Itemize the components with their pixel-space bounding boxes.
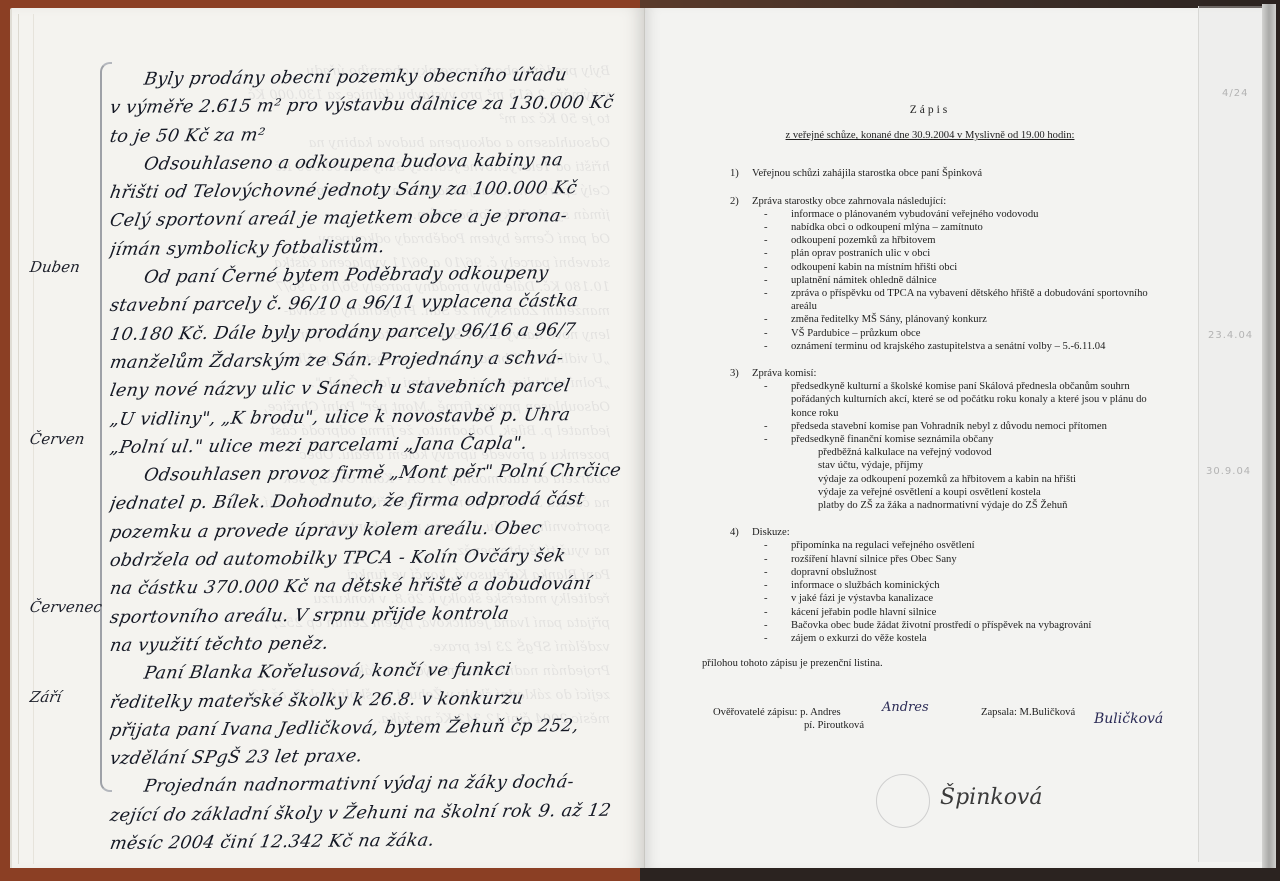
bullet-list: -informace o plánovaném vybudování veřej… xyxy=(762,208,1160,353)
dash-marker: - xyxy=(762,208,791,221)
bullet-text: zpráva o příspěvku od TPCA na vybavení d… xyxy=(791,287,1160,313)
dash-marker: - xyxy=(762,553,791,566)
section-heading: 1)Veřejnou schůzi zahájila starostka obc… xyxy=(732,167,1160,180)
recorder-name: M.Buličková xyxy=(1020,707,1076,718)
dash-marker: - xyxy=(762,592,791,605)
finance-subitem: platby do ZŠ za žáka a nadnormativní výd… xyxy=(818,499,1160,512)
dash-marker: - xyxy=(762,327,791,340)
minutes-document: Zápis z veřejné schůze, konané dne 30.9.… xyxy=(700,104,1160,670)
dash-marker: - xyxy=(762,420,791,433)
verifier-1: p. Andres xyxy=(800,707,841,718)
recorder: Zapsala: M.Buličková xyxy=(981,706,1075,719)
bullet-item: -v jaké fázi je výstavba kanalizace xyxy=(762,592,1160,605)
margin-note-month: Duben xyxy=(29,258,102,276)
section-heading-text: Zpráva starostky obce zahrnovala následu… xyxy=(752,195,946,208)
bullet-item: -odkoupení pozemků za hřbitovem xyxy=(762,234,1160,247)
dash-marker: - xyxy=(762,313,791,326)
bullet-item: -dopravní obslužnost xyxy=(762,566,1160,579)
document-subtitle: z veřejné schůze, konané dne 30.9.2004 v… xyxy=(700,129,1160,142)
bullet-text: zájem o exkurzi do věže kostela xyxy=(791,632,1160,645)
section-number: 1) xyxy=(730,167,752,180)
bullet-text: kácení jeřabin podle hlavní silnice xyxy=(791,606,1160,619)
bullet-text: předsedkyně finanční komise seznámila ob… xyxy=(791,433,1160,446)
finance-subitem: stav účtu, výdaje, příjmy xyxy=(818,459,1160,472)
recorder-signature: Buličková xyxy=(1094,711,1163,727)
section-heading: 3)Zpráva komisí: xyxy=(732,367,1160,380)
bullet-item: -VŠ Pardubice – průzkum obce xyxy=(762,327,1160,340)
minutes-section: 4)Diskuze:-připomínka na regulaci veřejn… xyxy=(732,526,1160,645)
section-heading: 2)Zpráva starostky obce zahrnovala násle… xyxy=(732,195,1160,208)
sleeve-edge xyxy=(1262,4,1276,870)
dash-marker: - xyxy=(762,539,791,552)
minutes-section: 3)Zpráva komisí:-předsedkyně kulturní a … xyxy=(732,367,1160,512)
margin-mark: 23.4.04 xyxy=(1208,330,1253,341)
dash-marker: - xyxy=(762,234,791,247)
bullet-text: rozšíření hlavní silnice přes Obec Sany xyxy=(791,553,1160,566)
section-heading: 4)Diskuze: xyxy=(732,526,1160,539)
bullet-text: Bačovka obec bude žádat životní prostřed… xyxy=(791,619,1160,632)
bullet-text: informace o plánovaném vybudování veřejn… xyxy=(791,208,1160,221)
bullet-item: -rozšíření hlavní silnice přes Obec Sany xyxy=(762,553,1160,566)
dash-marker: - xyxy=(762,433,791,446)
handwritten-entries: Byly prodány obecní pozemky obecního úřa… xyxy=(110,66,620,858)
bullet-item: -kácení jeřabin podle hlavní silnice xyxy=(762,606,1160,619)
dash-marker: - xyxy=(762,380,791,420)
section-number: 2) xyxy=(730,195,752,208)
official-stamp xyxy=(876,774,930,828)
bullet-list: -předsedkyně kulturní a školské komise p… xyxy=(762,380,1160,446)
bullet-text: oznámení terminu od krajského zastupitel… xyxy=(791,340,1160,353)
recorder-label: Zapsala: xyxy=(981,707,1017,718)
dash-marker: - xyxy=(762,619,791,632)
document-title: Zápis xyxy=(700,104,1160,117)
bullet-item: -informace o službách kominických xyxy=(762,579,1160,592)
section-heading-text: Veřejnou schůzi zahájila starostka obce … xyxy=(752,167,982,180)
margin-note-month: Červen xyxy=(29,430,102,448)
bullet-item: -předsedkyně kulturní a školské komise p… xyxy=(762,380,1160,420)
finance-subitem: výdaje za veřejné osvětlení a koupi osvě… xyxy=(818,486,1160,499)
mayor-signature: Špinková xyxy=(940,785,1042,810)
bullet-item: -uplatnění námitek ohledně dálnice xyxy=(762,274,1160,287)
handwritten-line: měsíc 2004 činí 12.342 Kč na žáka. xyxy=(108,825,624,859)
section-number: 4) xyxy=(730,526,752,539)
dash-marker: - xyxy=(762,261,791,274)
dash-marker: - xyxy=(762,287,791,313)
minutes-section: 1)Veřejnou schůzi zahájila starostka obc… xyxy=(732,167,1160,180)
bullet-text: VŠ Pardubice – průzkum obce xyxy=(791,327,1160,340)
bullet-text: předsedkyně kulturní a školské komise pa… xyxy=(791,380,1160,420)
bullet-text: změna ředitelky MŠ Sány, plánovaný konku… xyxy=(791,313,1160,326)
book-cover-bottom-left xyxy=(0,868,640,881)
dash-marker: - xyxy=(762,274,791,287)
finance-subitem: výdaje za odkoupení pozemků za hřbitovem… xyxy=(818,473,1160,486)
bullet-text: dopravní obslužnost xyxy=(791,566,1160,579)
plastic-sleeve xyxy=(1198,6,1263,862)
bullet-item: -zájem o exkurzi do věže kostela xyxy=(762,632,1160,645)
dash-marker: - xyxy=(762,606,791,619)
margin-note-month: Září xyxy=(29,688,102,706)
bullet-item: -plán oprav postraních ulic v obci xyxy=(762,247,1160,260)
bullet-item: -změna ředitelky MŠ Sány, plánovaný konk… xyxy=(762,313,1160,326)
bullet-text: uplatnění námitek ohledně dálnice xyxy=(791,274,1160,287)
bullet-text: v jaké fázi je výstavba kanalizace xyxy=(791,592,1160,605)
bullet-item: -připomínka na regulaci veřejného osvětl… xyxy=(762,539,1160,552)
bullet-text: informace o službách kominických xyxy=(791,579,1160,592)
margin-mark: 30.9.04 xyxy=(1206,466,1251,477)
verifiers-label-text: Ověřovatelé zápisu: xyxy=(713,707,797,718)
margin-note-month: Červenec xyxy=(29,598,102,616)
bullet-item: -odkoupení kabin na místním hřišti obci xyxy=(762,261,1160,274)
section-number: 3) xyxy=(730,367,752,380)
dash-marker: - xyxy=(762,632,791,645)
bullet-text: plán oprav postraních ulic v obci xyxy=(791,247,1160,260)
bullet-item: -zpráva o příspěvku od TPCA na vybavení … xyxy=(762,287,1160,313)
finance-subitems: předběžná kalkulace na veřejný vodovodst… xyxy=(818,446,1160,512)
bullet-item: -oznámení terminu od krajského zastupite… xyxy=(762,340,1160,353)
verifier-2: pí. Piroutková xyxy=(804,719,864,732)
section-heading-text: Diskuze: xyxy=(752,526,790,539)
dash-marker: - xyxy=(762,566,791,579)
bullet-text: odkoupení pozemků za hřbitovem xyxy=(791,234,1160,247)
bullet-item: -nabídka obci o odkoupení mlýna – zamítn… xyxy=(762,221,1160,234)
bullet-list: -připomínka na regulaci veřejného osvětl… xyxy=(762,539,1160,645)
bullet-text: předseda stavební komise pan Vohradník n… xyxy=(791,420,1160,433)
margin-mark: 4/24 xyxy=(1222,88,1248,99)
section-heading-text: Zpráva komisí: xyxy=(752,367,816,380)
bullet-text: nabídka obci o odkoupení mlýna – zamítnu… xyxy=(791,221,1160,234)
minutes-section: 2)Zpráva starostky obce zahrnovala násle… xyxy=(732,195,1160,353)
bullet-item: -informace o plánovaném vybudování veřej… xyxy=(762,208,1160,221)
minutes-sections: 1)Veřejnou schůzi zahájila starostka obc… xyxy=(700,167,1160,645)
verifiers-label: Ověřovatelé zápisu: p. Andres xyxy=(713,706,841,719)
bullet-text: připomínka na regulaci veřejného osvětle… xyxy=(791,539,1160,552)
bullet-text: odkoupení kabin na místním hřišti obci xyxy=(791,261,1160,274)
bullet-item: -předseda stavební komise pan Vohradník … xyxy=(762,420,1160,433)
dash-marker: - xyxy=(762,247,791,260)
dash-marker: - xyxy=(762,340,791,353)
verifier-signature: Andres xyxy=(882,700,929,715)
attachment-note: přílohou tohoto zápisu je prezenční list… xyxy=(702,657,1160,670)
bullet-item: -Bačovka obec bude žádat životní prostře… xyxy=(762,619,1160,632)
dash-marker: - xyxy=(762,221,791,234)
book-cover-bottom-right xyxy=(640,868,1280,881)
dash-marker: - xyxy=(762,579,791,592)
bullet-item: -předsedkyně finanční komise seznámila o… xyxy=(762,433,1160,446)
finance-subitem: předběžná kalkulace na veřejný vodovod xyxy=(818,446,1160,459)
